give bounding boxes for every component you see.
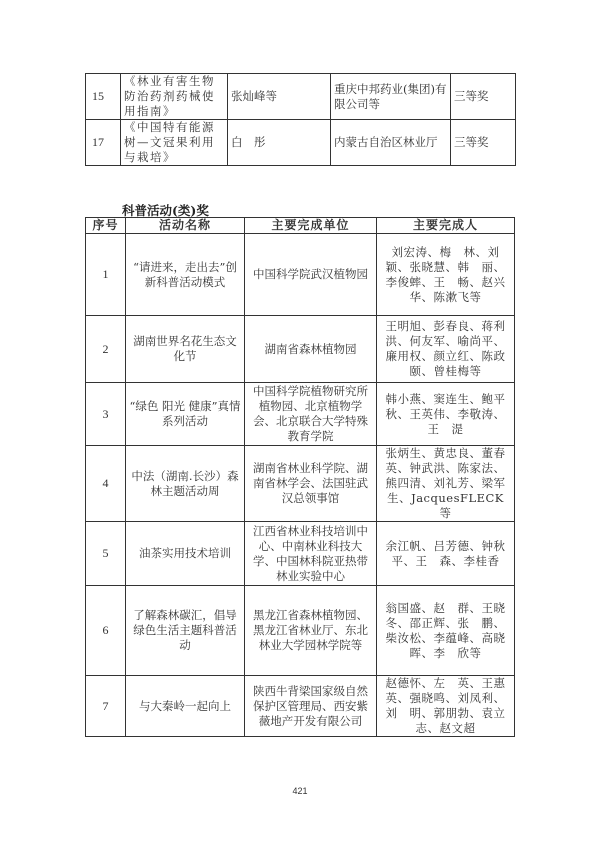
row-number: 15 [86, 74, 121, 120]
row-number: 3 [86, 383, 126, 446]
activity-name: 中法（湖南.长沙）森林主题活动周 [126, 446, 245, 522]
page-number: 421 [0, 786, 600, 796]
activity-name: “请进来，走出去”创新科普活动模式 [126, 234, 245, 316]
row-number: 7 [86, 676, 126, 737]
book-title: 《中国特有能源树—文冠果利用与栽培》 [121, 120, 228, 166]
table-row: 4 中法（湖南.长沙）森林主题活动周 湖南省林业科学院、湖南省林学会、法国驻武汉… [86, 446, 515, 522]
table-row: 5 油茶实用技术培训 江西省林业科技培训中心、中南林业科技大学、中国林科院亚热带… [86, 522, 515, 586]
unit: 中国科学院武汉植物园 [245, 234, 377, 316]
activity-name: 与大秦岭一起向上 [126, 676, 245, 737]
table-row: 1 “请进来，走出去”创新科普活动模式 中国科学院武汉植物园 刘宏涛、梅 林、刘… [86, 234, 515, 316]
people: 王明旭、彭春良、蒋利洪、何友军、喻尚平、廉用权、颜立红、陈政颐、曾桂梅等 [377, 316, 515, 383]
table-row: 6 了解森林碳汇，倡导绿色生活主题科普活动 黑龙江省森林植物园、黑龙江省林业厅、… [86, 586, 515, 676]
header-no: 序号 [86, 218, 126, 234]
table-row: 7 与大秦岭一起向上 陕西牛背梁国家级自然保护区管理局、西安紫薇地产开发有限公司… [86, 676, 515, 737]
book-title: 《林业有害生物防治药剂药械使用指南》 [121, 74, 228, 120]
people: 刘宏涛、梅 林、刘 颖、张晓慧、韩 丽、李俊蟀、王 畅、赵兴华、陈漱飞等 [377, 234, 515, 316]
row-number: 5 [86, 522, 126, 586]
unit: 江西省林业科技培训中心、中南林业科技大学、中国林科院亚热带林业实验中心 [245, 522, 377, 586]
people: 韩小燕、窦连生、鲍平秋、王英伟、李敬涛、王 湜 [377, 383, 515, 446]
table-row: 15 《林业有害生物防治药剂药械使用指南》 张灿峰等 重庆中邦药业(集团)有限公… [86, 74, 516, 120]
header-unit: 主要完成单位 [245, 218, 377, 234]
table-row: 3 “绿色 阳光 健康”真情系列活动 中国科学院植物研究所植物园、北京植物学会、… [86, 383, 515, 446]
people: 余江帆、吕芳德、钟秋平、王 森、李桂香 [377, 522, 515, 586]
award-level: 三等奖 [451, 74, 516, 120]
award-level: 三等奖 [451, 120, 516, 166]
people: 张炳生、黄忠良、董春英、钟武洪、陈家法、熊四清、刘礼芳、梁军生、JacquesF… [377, 446, 515, 522]
row-number: 6 [86, 586, 126, 676]
unit: 中国科学院植物研究所植物园、北京植物学会、北京联合大学特殊教育学院 [245, 383, 377, 446]
unit: 湖南省林业科学院、湖南省林学会、法国驻武汉总领事馆 [245, 446, 377, 522]
popular-science-award-table: 序号 活动名称 主要完成单位 主要完成人 1 “请进来，走出去”创新科普活动模式… [85, 217, 515, 737]
row-number: 2 [86, 316, 126, 383]
unit: 陕西牛背梁国家级自然保护区管理局、西安紫薇地产开发有限公司 [245, 676, 377, 737]
activity-name: “绿色 阳光 健康”真情系列活动 [126, 383, 245, 446]
activity-name: 湖南世界名花生态文化节 [126, 316, 245, 383]
people: 赵德怀、左 英、王惠英、强晓鸣、刘凤利、刘 明、郭朋勃、袁立志、赵文超 [377, 676, 515, 737]
row-number: 17 [86, 120, 121, 166]
unit: 湖南省森林植物园 [245, 316, 377, 383]
header-activity-name: 活动名称 [126, 218, 245, 234]
unit: 重庆中邦药业(集团)有限公司等 [331, 74, 451, 120]
table-row: 2 湖南世界名花生态文化节 湖南省森林植物园 王明旭、彭春良、蒋利洪、何友军、喻… [86, 316, 515, 383]
header-people: 主要完成人 [377, 218, 515, 234]
row-number: 4 [86, 446, 126, 522]
table-row: 17 《中国特有能源树—文冠果利用与栽培》 白 彤 内蒙古自治区林业厅 三等奖 [86, 120, 516, 166]
activity-name: 油茶实用技术培训 [126, 522, 245, 586]
people: 翁国盛、赵 群、王晓冬、邵正辉、张 鹏、柴汝松、李蕴峰、高晓晖、李 欣等 [377, 586, 515, 676]
header-row: 序号 活动名称 主要完成单位 主要完成人 [86, 218, 515, 234]
unit: 黑龙江省森林植物园、黑龙江省林业厅、东北林业大学园林学院等 [245, 586, 377, 676]
authors: 张灿峰等 [228, 74, 331, 120]
authors: 白 彤 [228, 120, 331, 166]
row-number: 1 [86, 234, 126, 316]
activity-name: 了解森林碳汇，倡导绿色生活主题科普活动 [126, 586, 245, 676]
award-table-continued: 15 《林业有害生物防治药剂药械使用指南》 张灿峰等 重庆中邦药业(集团)有限公… [85, 73, 516, 166]
unit: 内蒙古自治区林业厅 [331, 120, 451, 166]
